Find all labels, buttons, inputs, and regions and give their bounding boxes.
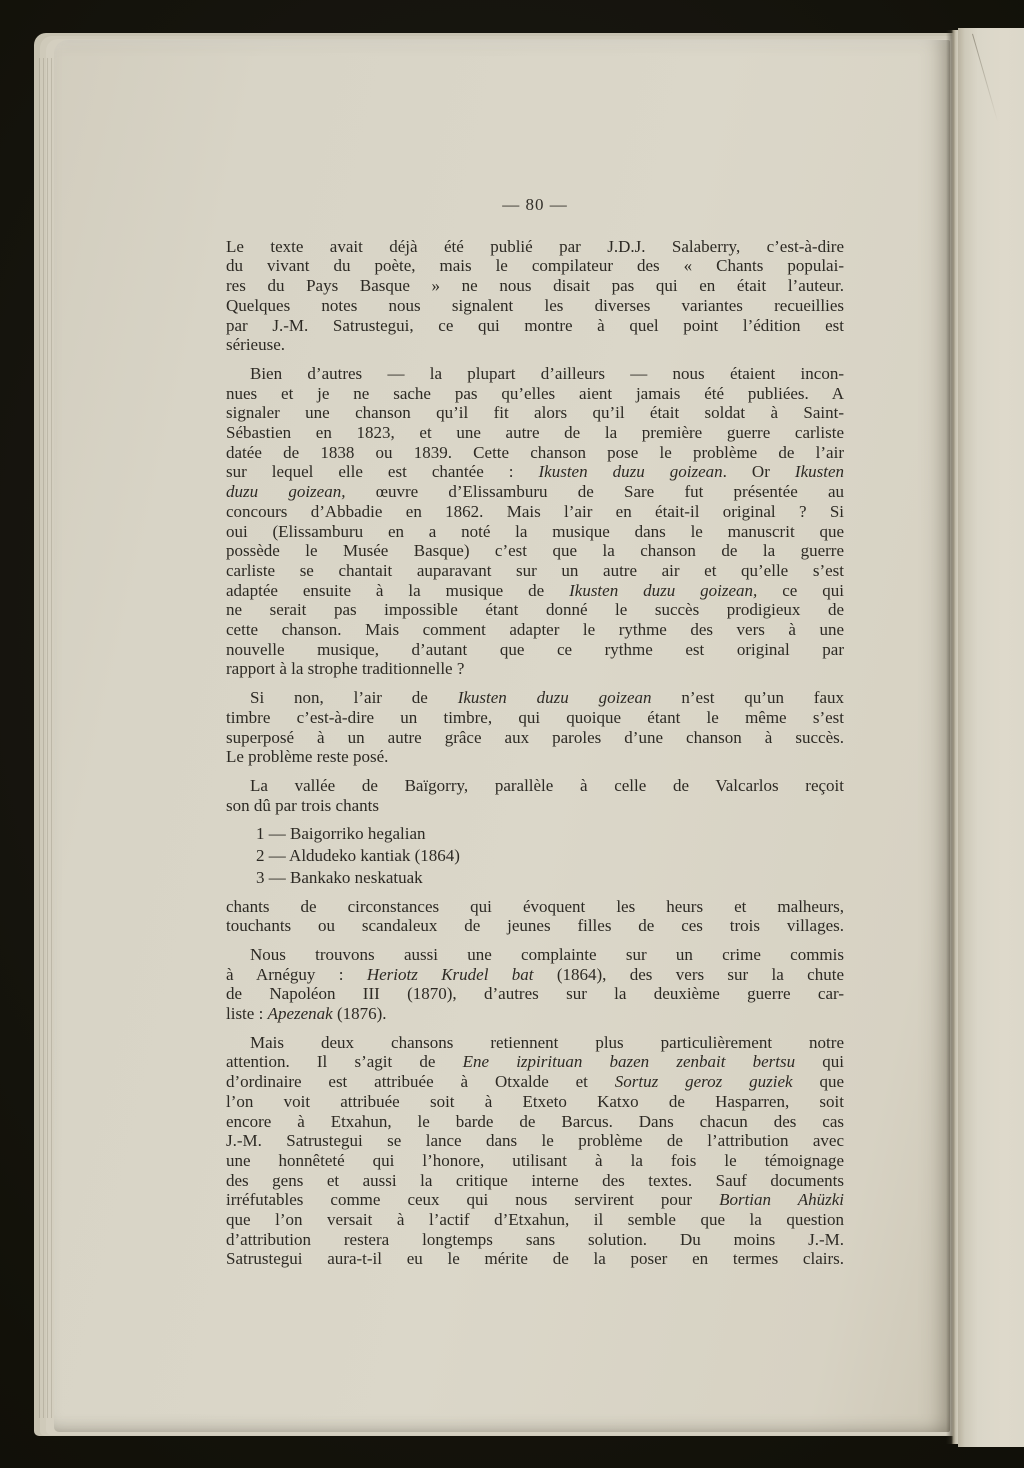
scene: — 80 — Le texte avait déjà été publié pa… — [0, 0, 1024, 1468]
text-line: chants de circonstances qui évoquent les… — [226, 897, 844, 917]
paragraph: Mais deux chansons retiennent plus parti… — [226, 1033, 844, 1269]
text-line: touchants ou scandaleux de jeunes filles… — [226, 916, 844, 936]
text-line: irréfutables comme ceux qui nous servire… — [226, 1190, 844, 1210]
list-item: 3 — Bankako neskatuak — [226, 868, 844, 888]
text-line: rapport à la strophe traditionnelle ? — [226, 659, 844, 679]
song-list: 1 — Baigorriko hegalian2 — Aldudeko kant… — [226, 824, 844, 887]
text-line: duzu goizean, œuvre d’Elissamburu de Sar… — [226, 482, 844, 502]
text-line: Sébastien en 1823, et une autre de la pr… — [226, 423, 844, 443]
text-line: Satrustegui aura-t-il eu le mérite de la… — [226, 1249, 844, 1269]
list-item: 1 — Baigorriko hegalian — [226, 824, 844, 844]
text-line: Le texte avait déjà été publié par J.D.J… — [226, 237, 844, 257]
text-line: Quelques notes nous signalent les divers… — [226, 296, 844, 316]
text-line: Si non, l’air de Ikusten duzu goizean n’… — [226, 688, 844, 708]
text-line: l’on voit attribuée soit à Etxeto Katxo … — [226, 1092, 844, 1112]
paragraph: Bien d’autres — la plupart d’ailleurs — … — [226, 364, 844, 679]
text-line: concours d’Abbadie en 1862. Mais l’air e… — [226, 502, 844, 522]
text-line: Bien d’autres — la plupart d’ailleurs — … — [226, 364, 844, 384]
text-line: datée de 1838 ou 1839. Cette chanson pos… — [226, 443, 844, 463]
paragraph: Nous trouvons aussi une complainte sur u… — [226, 945, 844, 1024]
text-line: du vivant du poète, mais le compilateur … — [226, 256, 844, 276]
text-line: possède le Musée Basque) c’est que la ch… — [226, 541, 844, 561]
text-line: J.-M. Satrustegui se lance dans le probl… — [226, 1131, 844, 1151]
text-line: une honnêteté qui l’honore, utilisant à … — [226, 1151, 844, 1171]
text-line: carliste se chantait auparavant sur un a… — [226, 561, 844, 581]
text-line: encore à Etxahun, le barde de Barcus. Da… — [226, 1112, 844, 1132]
text-line: sur lequel elle est chantée : Ikusten du… — [226, 462, 844, 482]
adjacent-page — [958, 28, 1024, 1447]
text-line: cette chanson. Mais comment adapter le r… — [226, 620, 844, 640]
text-line: des gens et aussi la critique interne de… — [226, 1171, 844, 1191]
text-line: timbre c’est-à-dire un timbre, qui quoiq… — [226, 708, 844, 728]
text-line: liste : Apezenak (1876). — [226, 1004, 844, 1024]
paragraph: chants de circonstances qui évoquent les… — [226, 897, 844, 936]
paragraph: Si non, l’air de Ikusten duzu goizean n’… — [226, 688, 844, 767]
text-line: Le problème reste posé. — [226, 747, 844, 767]
text-line: res du Pays Basque » ne nous disait pas … — [226, 276, 844, 296]
text-line: par J.-M. Satrustegui, ce qui montre à q… — [226, 316, 844, 336]
text-line: nouvelle musique, d’autant que ce rythme… — [226, 640, 844, 660]
text-line: attention. Il s’agit de Ene izpirituan b… — [226, 1052, 844, 1072]
text-line: oui (Elissamburu en a noté la musique da… — [226, 522, 844, 542]
text-line: ne serait pas impossible étant donné le … — [226, 600, 844, 620]
text-line: La vallée de Baïgorry, parallèle à celle… — [226, 776, 844, 796]
text-column: — 80 — Le texte avait déjà été publié pa… — [226, 40, 844, 1269]
text-line: signaler une chanson qu’il fit alors qu’… — [226, 403, 844, 423]
text-line: d’attribution restera longtemps sans sol… — [226, 1230, 844, 1250]
text-line: à Arnéguy : Heriotz Krudel bat (1864), d… — [226, 965, 844, 985]
page-edge-stack — [36, 58, 56, 1418]
paragraph: Le texte avait déjà été publié par J.D.J… — [226, 237, 844, 355]
text-line: sérieuse. — [226, 335, 844, 355]
text-line: superposé à un autre grâce aux paroles d… — [226, 728, 844, 748]
text-line: Nous trouvons aussi une complainte sur u… — [226, 945, 844, 965]
text-line: adaptée ensuite à la musique de Ikusten … — [226, 581, 844, 601]
book-photo: { "page": { "number": "— 80 —", "blocks"… — [0, 0, 1024, 1468]
book-gutter — [946, 30, 958, 1444]
paragraph: La vallée de Baïgorry, parallèle à celle… — [226, 776, 844, 815]
page-number: — 80 — — [226, 195, 844, 215]
text-line: Mais deux chansons retiennent plus parti… — [226, 1033, 844, 1053]
text-line: que l’on versait à l’actif d’Etxahun, il… — [226, 1210, 844, 1230]
text-line: d’ordinaire est attribuée à Otxalde et S… — [226, 1072, 844, 1092]
book-page: — 80 — Le texte avait déjà été publié pa… — [54, 40, 950, 1432]
text-line: de Napoléon III (1870), d’autres sur la … — [226, 984, 844, 1004]
text-line: nues et je ne sache pas qu’elles aient j… — [226, 384, 844, 404]
text-line: son dû par trois chants — [226, 796, 844, 816]
list-item: 2 — Aldudeko kantiak (1864) — [226, 846, 844, 866]
